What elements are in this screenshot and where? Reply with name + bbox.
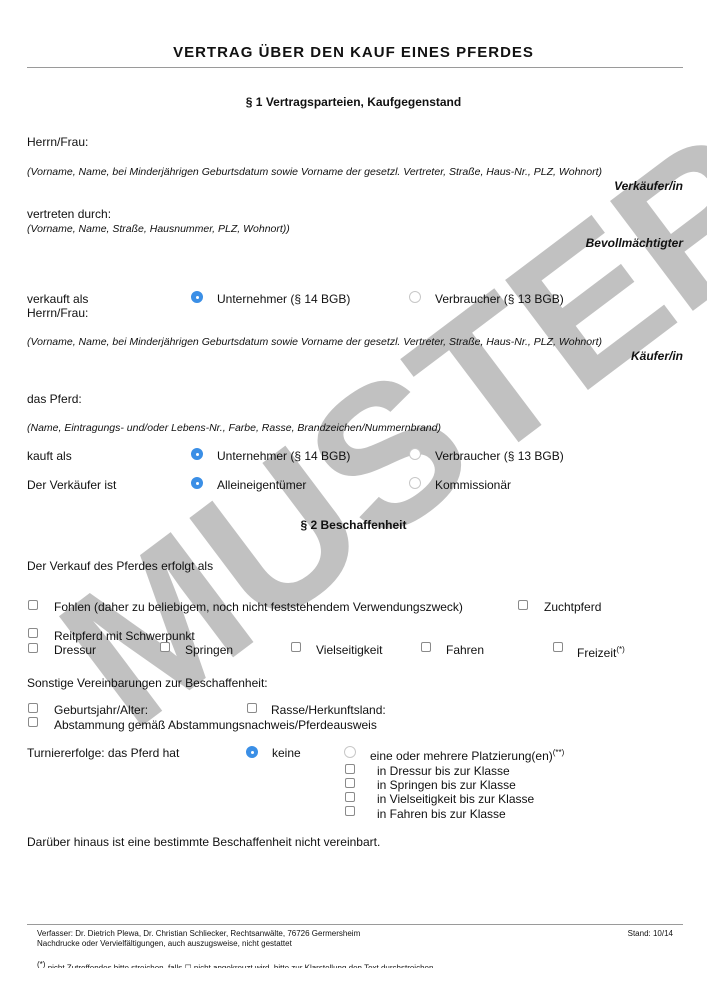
foal-label: Fohlen (daher zu beliebigem, noch nicht … bbox=[54, 600, 463, 614]
birth-year-checkbox[interactable] bbox=[28, 703, 38, 713]
buyer-role: Käufer/in bbox=[631, 349, 683, 363]
buyer-label: Herrn/Frau: bbox=[27, 306, 88, 320]
sells-as-unternehmer-radio[interactable] bbox=[191, 291, 203, 303]
page-crop-edge bbox=[0, 968, 707, 1000]
seller-hint: (Vorname, Name, bei Minderjährigen Gebur… bbox=[27, 166, 602, 178]
riding-horse-label: Reitpferd mit Schwerpunkt bbox=[54, 629, 195, 643]
footer-divider bbox=[27, 924, 683, 925]
section2-heading: § 2 Beschaffenheit bbox=[0, 518, 707, 532]
representative-role: Bevollmächtigter bbox=[586, 236, 683, 250]
closing-statement: Darüber hinaus ist eine bestimmte Bescha… bbox=[27, 835, 380, 849]
vielseitigkeit-class-checkbox[interactable] bbox=[345, 792, 355, 802]
tournament-none-radio[interactable] bbox=[246, 746, 258, 758]
document-title: VERTRAG ÜBER DEN KAUF EINES PFERDES bbox=[0, 44, 707, 61]
seller-is-kommissionaer-label: Kommissionär bbox=[435, 478, 511, 492]
springen-checkbox[interactable] bbox=[160, 642, 170, 652]
vielseitigkeit-class-label: in Vielseitigkeit bis zur Klasse bbox=[377, 792, 534, 806]
foal-checkbox[interactable] bbox=[28, 600, 38, 610]
springen-class-checkbox[interactable] bbox=[345, 778, 355, 788]
fahren-class-checkbox[interactable] bbox=[345, 806, 355, 816]
pedigree-label: Abstammung gemäß Abstammungsnachweis/Pfe… bbox=[54, 718, 377, 732]
seller-is-alleineigentuemer-radio[interactable] bbox=[191, 477, 203, 489]
breed-checkbox[interactable] bbox=[247, 703, 257, 713]
springen-label: Springen bbox=[185, 643, 233, 657]
tournament-none-label: keine bbox=[272, 746, 301, 760]
sells-as-unternehmer-label: Unternehmer (§ 14 BGB) bbox=[217, 292, 350, 306]
breeding-horse-label: Zuchtpferd bbox=[544, 600, 601, 614]
placements-footnote-mark: (**) bbox=[553, 748, 565, 757]
representative-label: vertreten durch: bbox=[27, 207, 111, 221]
springen-class-label: in Springen bis zur Klasse bbox=[377, 778, 516, 792]
fahren-checkbox[interactable] bbox=[421, 642, 431, 652]
fahren-label: Fahren bbox=[446, 643, 484, 657]
buys-as-verbraucher-label: Verbraucher (§ 13 BGB) bbox=[435, 449, 564, 463]
breed-label: Rasse/Herkunftsland: bbox=[271, 703, 386, 717]
representative-hint: (Vorname, Name, Straße, Hausnummer, PLZ,… bbox=[27, 223, 290, 235]
vielseitigkeit-label: Vielseitigkeit bbox=[316, 643, 382, 657]
freizeit-checkbox[interactable] bbox=[553, 642, 563, 652]
tournament-placements-label: eine oder mehrere Platzierung(en)(**) bbox=[370, 748, 564, 763]
seller-is-label: Der Verkäufer ist bbox=[27, 478, 116, 492]
horse-hint: (Name, Eintragungs- und/oder Lebens-Nr.,… bbox=[27, 422, 441, 434]
breeding-horse-checkbox[interactable] bbox=[518, 600, 528, 610]
sells-as-verbraucher-label: Verbraucher (§ 13 BGB) bbox=[435, 292, 564, 306]
dressur-class-label: in Dressur bis zur Klasse bbox=[377, 764, 510, 778]
tournament-placements-radio[interactable] bbox=[344, 746, 356, 758]
tournament-label: Turniererfolge: das Pferd hat bbox=[27, 746, 179, 760]
footer-authors: Verfasser: Dr. Dietrich Plewa, Dr. Chris… bbox=[37, 929, 360, 938]
footer-version: Stand: 10/14 bbox=[628, 929, 673, 938]
dressur-checkbox[interactable] bbox=[28, 643, 38, 653]
fahren-class-label: in Fahren bis zur Klasse bbox=[377, 807, 506, 821]
section1-heading: § 1 Vertragsparteien, Kaufgegenstand bbox=[0, 95, 707, 109]
seller-is-kommissionaer-radio[interactable] bbox=[409, 477, 421, 489]
footer-copyright: Nachdrucke oder Vervielfältigungen, auch… bbox=[37, 939, 292, 948]
sale-as-label: Der Verkauf des Pferdes erfolgt als bbox=[27, 559, 213, 573]
freizeit-label: Freizeit(*) bbox=[577, 645, 625, 660]
buyer-hint: (Vorname, Name, bei Minderjährigen Gebur… bbox=[27, 336, 602, 348]
pedigree-checkbox[interactable] bbox=[28, 717, 38, 727]
buys-as-unternehmer-radio[interactable] bbox=[191, 448, 203, 460]
riding-horse-checkbox[interactable] bbox=[28, 628, 38, 638]
dressur-label: Dressur bbox=[54, 643, 96, 657]
title-divider bbox=[27, 67, 683, 68]
sells-as-verbraucher-radio[interactable] bbox=[409, 291, 421, 303]
buys-as-unternehmer-label: Unternehmer (§ 14 BGB) bbox=[217, 449, 350, 463]
dressur-class-checkbox[interactable] bbox=[345, 764, 355, 774]
seller-role: Verkäufer/in bbox=[614, 179, 683, 193]
buys-as-label: kauft als bbox=[27, 449, 72, 463]
sells-as-label: verkauft als bbox=[27, 292, 88, 306]
horse-label: das Pferd: bbox=[27, 392, 82, 406]
freizeit-text: Freizeit bbox=[577, 646, 616, 660]
vielseitigkeit-checkbox[interactable] bbox=[291, 642, 301, 652]
tournament-placements-text: eine oder mehrere Platzierung(en) bbox=[370, 749, 553, 763]
buys-as-verbraucher-radio[interactable] bbox=[409, 448, 421, 460]
seller-label: Herrn/Frau: bbox=[27, 135, 88, 149]
seller-is-alleineigentuemer-label: Alleineigentümer bbox=[217, 478, 306, 492]
freizeit-footnote-mark: (*) bbox=[616, 645, 624, 654]
other-agreements-label: Sonstige Vereinbarungen zur Beschaffenhe… bbox=[27, 676, 268, 690]
birth-year-label: Geburtsjahr/Alter: bbox=[54, 703, 148, 717]
